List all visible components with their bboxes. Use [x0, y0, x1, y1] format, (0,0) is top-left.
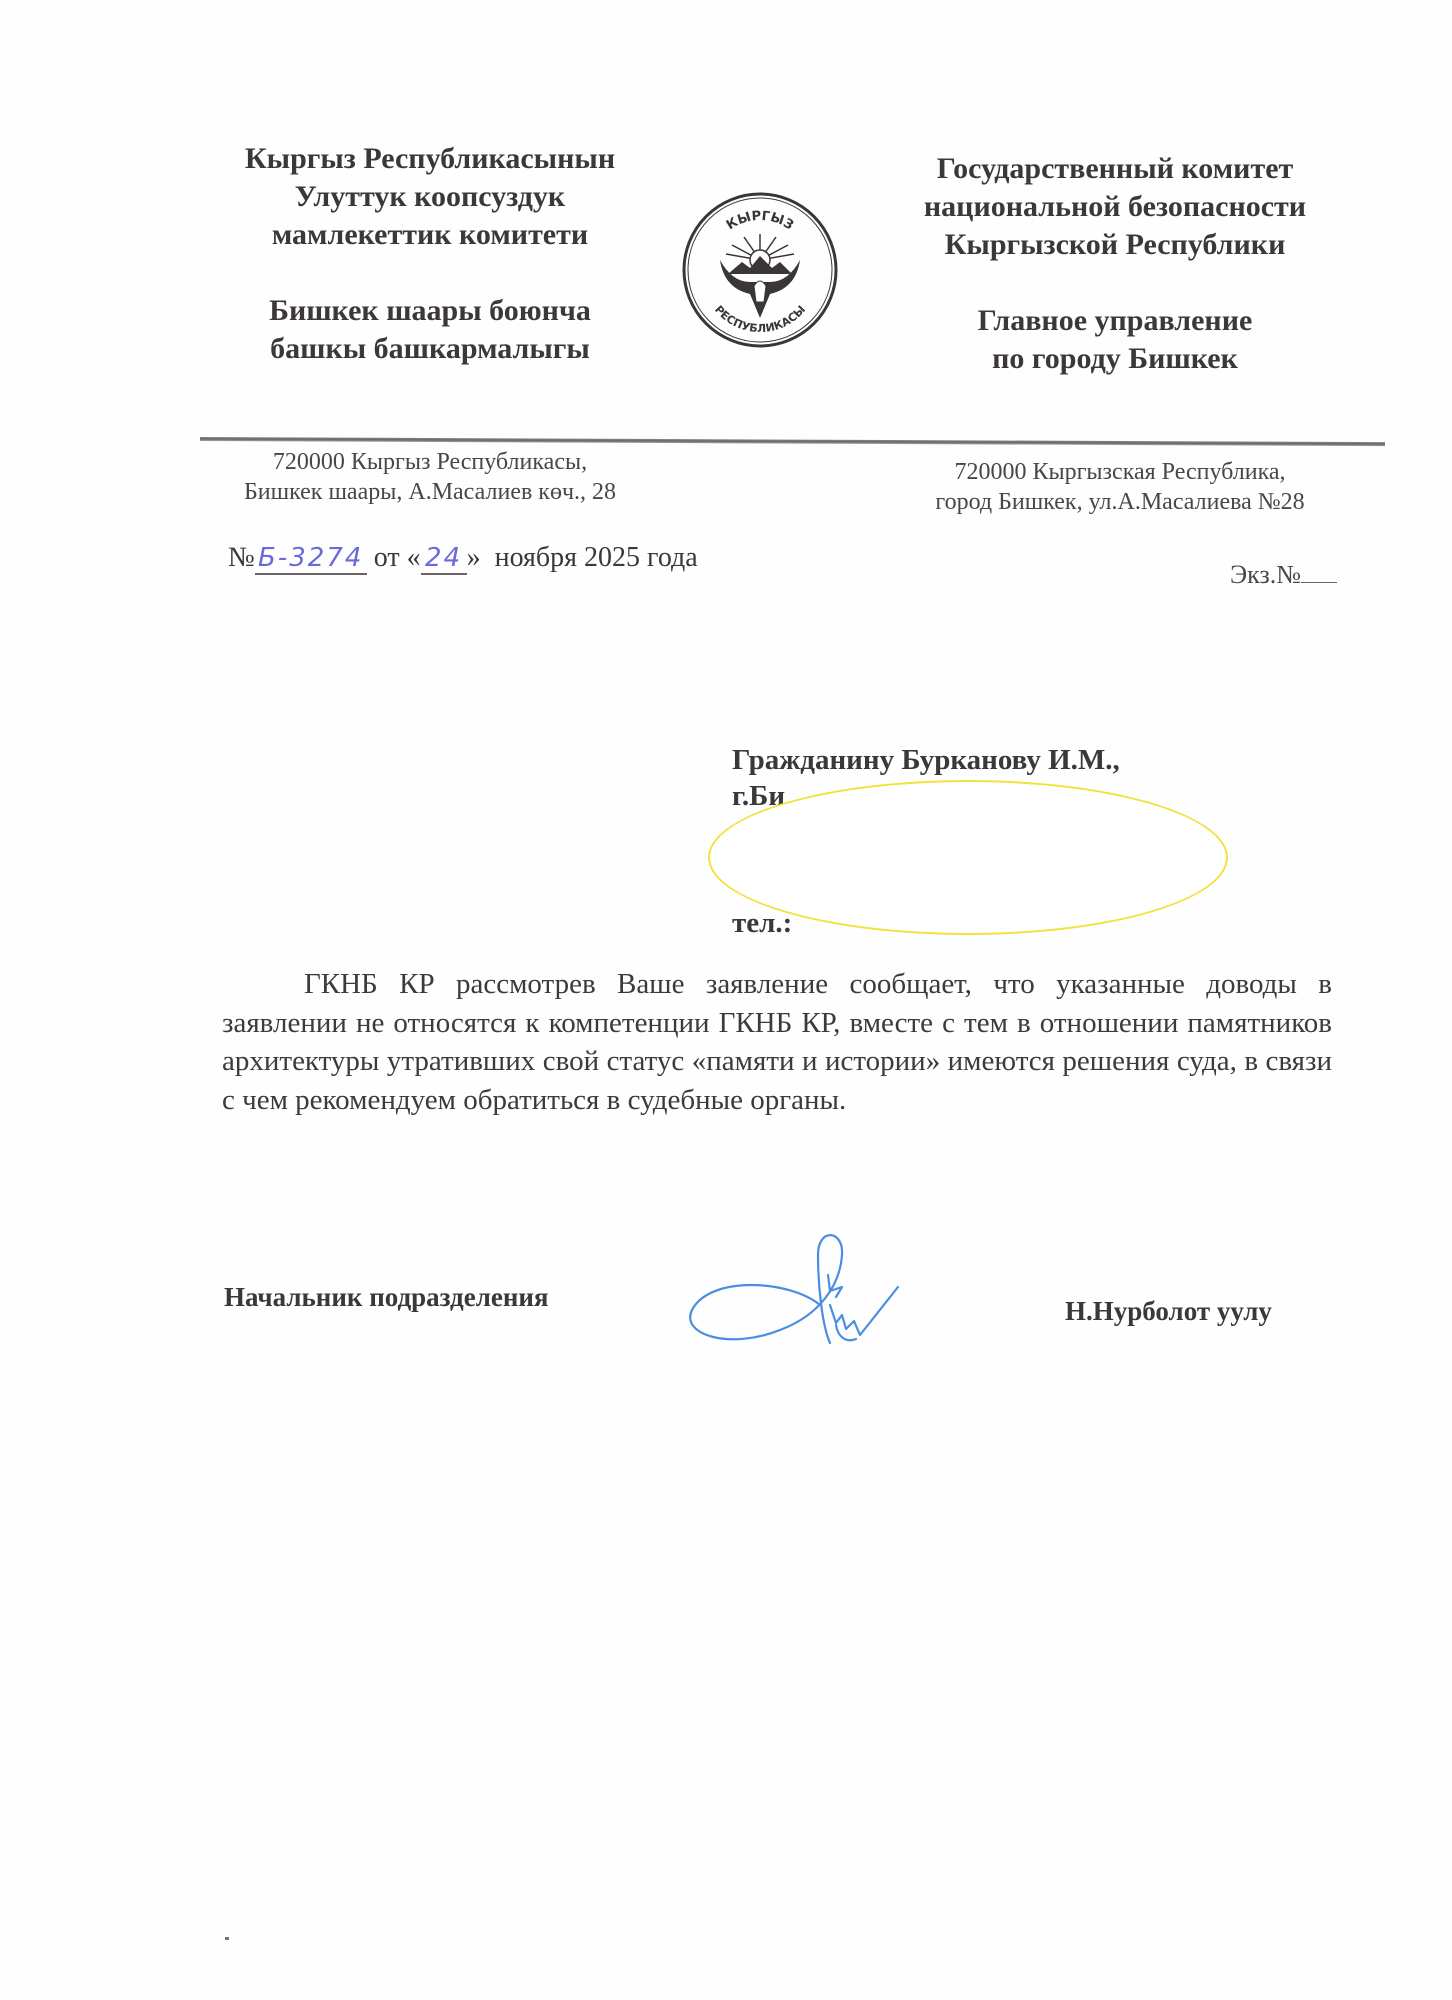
registration-line: №Б-3274 от «24» ноября 2025 года — [228, 542, 698, 575]
dept-name-line: Бишкек шаары боюнча — [210, 292, 650, 330]
org-name-line: национальной безопасности — [890, 188, 1340, 226]
org-name-line: мамлекеттик комитети — [210, 216, 650, 254]
number-sign: № — [228, 542, 255, 573]
signatory-name: Н.Нурболот уулу — [1065, 1296, 1272, 1327]
registration-day: 24 — [421, 543, 467, 575]
dept-name-line: башкы башкармалыгы — [210, 330, 650, 368]
dept-name-line: Главное управление — [890, 302, 1340, 340]
address-line: 720000 Кыргызская Республика, — [890, 457, 1350, 487]
signatory-title: Начальник подразделения — [224, 1282, 549, 1313]
scan-speck — [225, 1937, 229, 1940]
addressee-name: Гражданину Бурканову И.М., — [732, 742, 1120, 778]
redaction-ellipse — [708, 780, 1228, 935]
address-right: 720000 Кыргызская Республика, город Бишк… — [890, 457, 1350, 517]
header-left-kyrgyz: Кыргыз Республикасынын Улуттук коопсузду… — [210, 140, 650, 368]
body-paragraph: ГКНБ КР рассмотрев Ваше заявление сообща… — [222, 965, 1332, 1119]
address-left: 720000 Кыргыз Республикасы, Бишкек шаары… — [200, 447, 660, 507]
address-line: Бишкек шаары, А.Масалиев көч., 28 — [200, 477, 660, 507]
from-label: от « — [374, 542, 421, 573]
svg-text:КЫРГЫЗ: КЫРГЫЗ — [724, 209, 796, 234]
header-divider — [200, 437, 1385, 446]
letter-body: ГКНБ КР рассмотрев Ваше заявление сообща… — [222, 965, 1332, 1119]
registration-date-rest: » ноября 2025 года — [467, 542, 698, 573]
org-name-line: Кыргыз Республикасынын — [210, 140, 650, 178]
header-right-russian: Государственный комитет национальной без… — [890, 150, 1340, 378]
address-line: город Бишкек, ул.А.Масалиева №28 — [890, 487, 1350, 517]
copy-label: Экз.№ — [1230, 560, 1301, 589]
dept-name-line: по городу Бишкек — [890, 340, 1340, 378]
registration-number: Б-3274 — [255, 543, 367, 575]
copy-number: Экз.№ — [1230, 560, 1337, 590]
org-name-line: Улуттук коопсуздук — [210, 178, 650, 216]
copy-number-blank — [1301, 582, 1337, 583]
org-name-line: Государственный комитет — [890, 150, 1340, 188]
org-name-line: Кыргызской Республики — [890, 226, 1340, 264]
kyrgyz-state-emblem-icon: КЫРГЫЗ РЕСПУБЛИКАСЫ — [680, 190, 840, 350]
handwritten-signature-icon — [670, 1225, 970, 1375]
emblem-top-text: КЫРГЫЗ — [724, 209, 796, 234]
address-line: 720000 Кыргыз Республикасы, — [200, 447, 660, 477]
